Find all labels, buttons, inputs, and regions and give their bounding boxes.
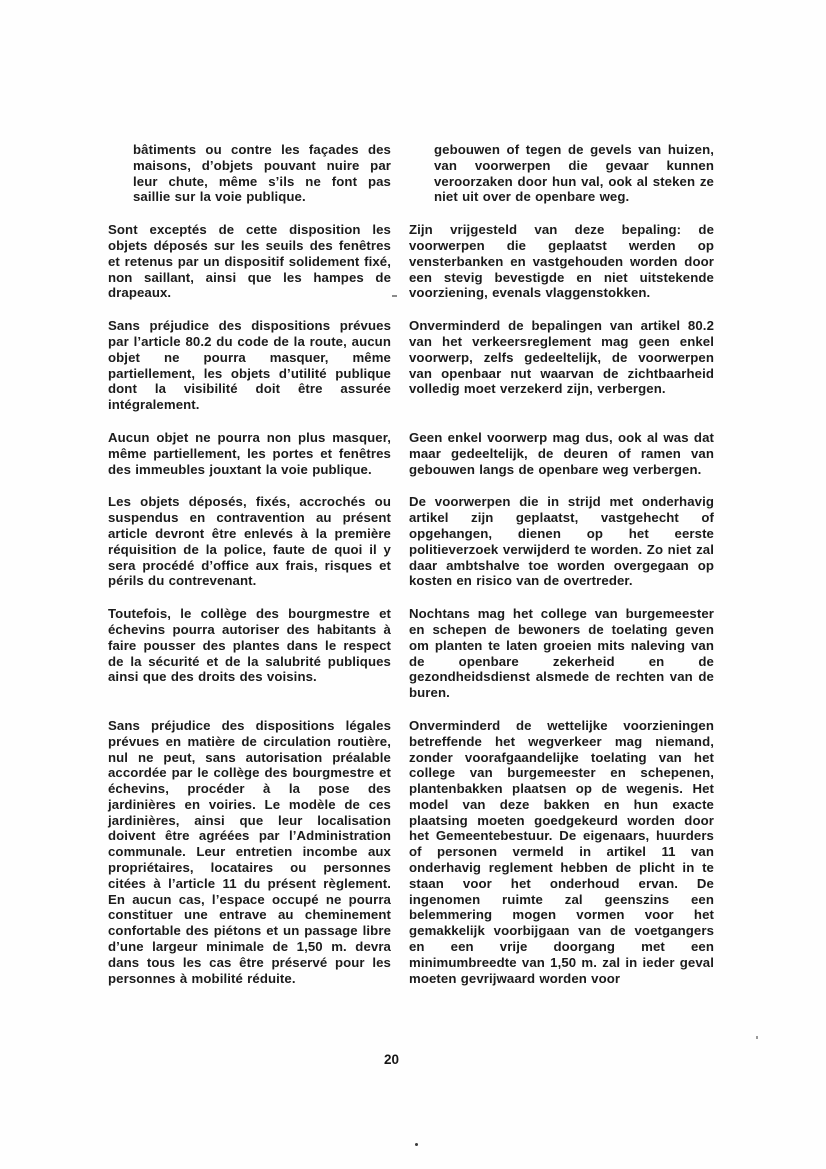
page-number: 20 (384, 1052, 399, 1067)
nl-paragraph-6: Nochtans mag het college van burgemeeste… (409, 606, 714, 701)
nl-paragraph-5: De voorwerpen die in strijd met onderhav… (409, 494, 714, 589)
fr-paragraph-7: Sans préjudice des dispositions légales … (108, 718, 391, 987)
fr-paragraph-4: Aucun objet ne pourra non plus masquer, … (108, 430, 391, 477)
fr-paragraph-1: bâtiments ou contre les façades des mais… (108, 142, 391, 205)
scan-artifact-tick (756, 1036, 758, 1039)
two-column-text-block: bâtiments ou contre les façades des mais… (108, 142, 714, 986)
nl-paragraph-1: gebouwen of tegen de gevels van huizen, … (409, 142, 714, 205)
nl-paragraph-2: Zijn vrijgesteld van deze bepaling: de v… (409, 222, 714, 301)
fr-paragraph-2: Sont exceptés de cette disposition les o… (108, 222, 391, 301)
fr-paragraph-5: Les objets déposés, fixés, accrochés ou … (108, 494, 391, 589)
fr-paragraph-3: Sans préjudice des dispositions prévues … (108, 318, 391, 413)
scan-artifact-dot (415, 1143, 418, 1146)
scan-artifact-dash (392, 295, 397, 297)
scanned-document-page: bâtiments ou contre les façades des mais… (0, 0, 826, 1169)
fr-paragraph-6: Toutefois, le collège des bourgmestre et… (108, 606, 391, 685)
nl-paragraph-4: Geen enkel voorwerp mag dus, ook al was … (409, 430, 714, 477)
nl-paragraph-7: Onverminderd de wettelijke voorzieningen… (409, 718, 714, 987)
nl-paragraph-3: Onverminderd de bepalingen van artikel 8… (409, 318, 714, 397)
